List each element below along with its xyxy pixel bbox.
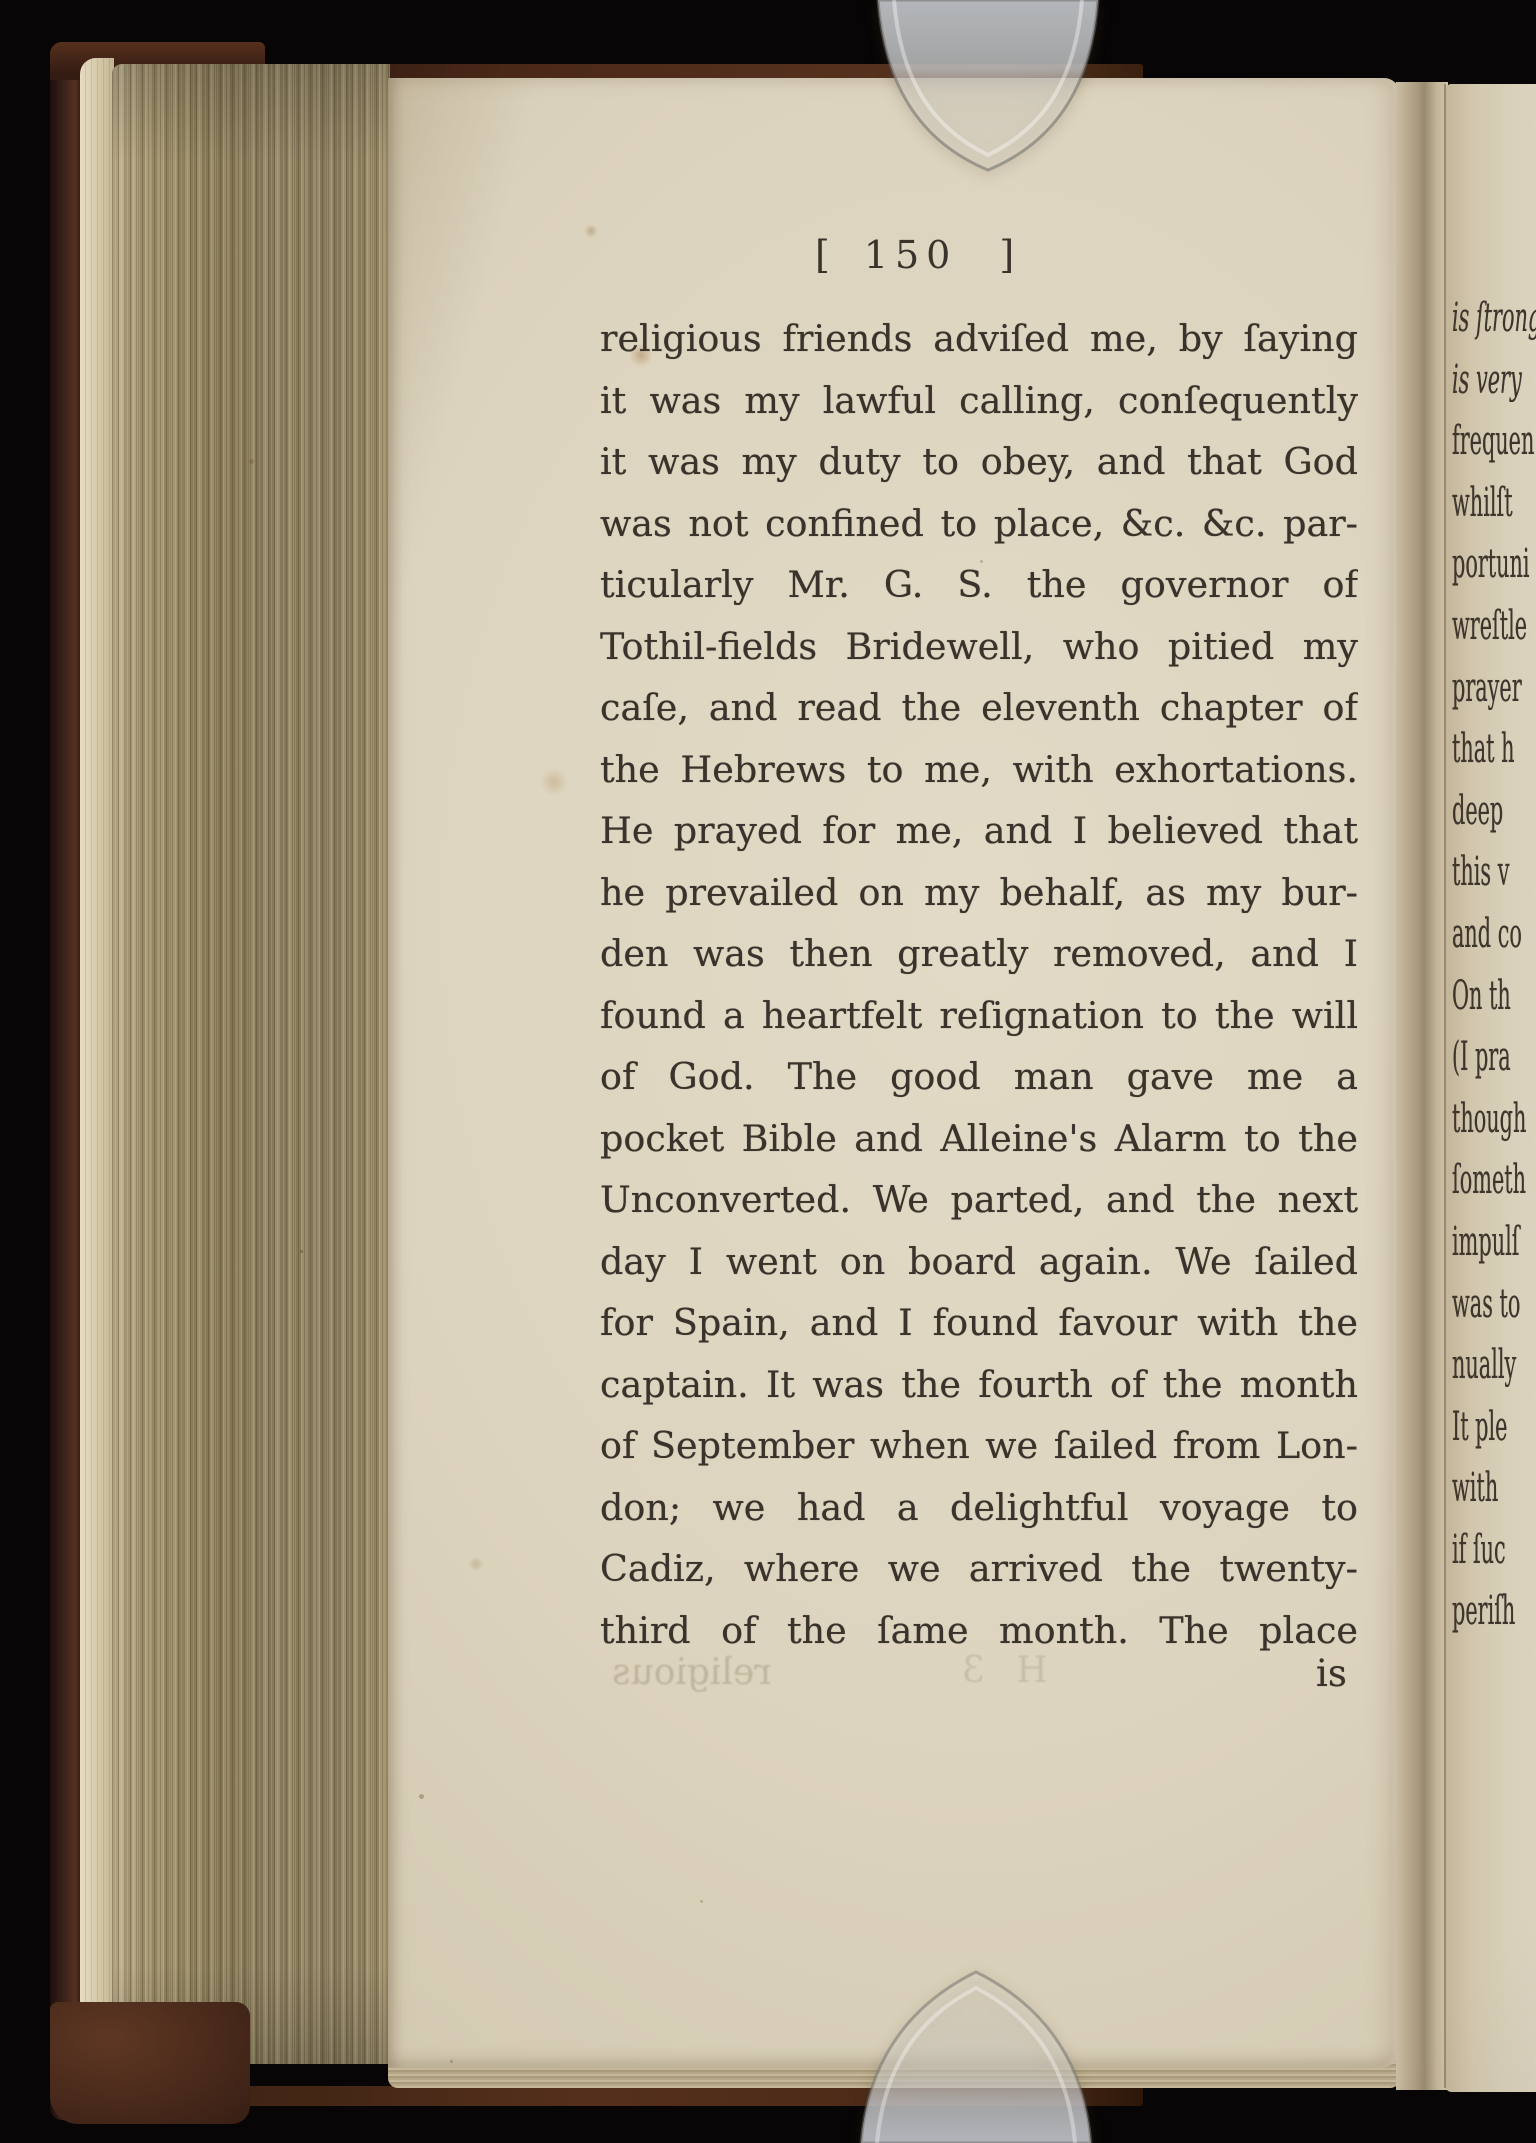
leather-cover-bottom-left xyxy=(50,2002,250,2124)
facing-text-line: that h xyxy=(1452,719,1497,781)
facing-text-line: with xyxy=(1452,1458,1497,1520)
text-line: caſe, and read the eleventh chapter of xyxy=(600,677,1358,739)
catchword: is xyxy=(1316,1652,1347,1695)
facing-text-line: is ſtrong xyxy=(1452,288,1497,350)
text-line: captain. It was the fourth of the month xyxy=(600,1354,1358,1416)
text-line: found a heartfelt reſignation to the wil… xyxy=(600,985,1358,1047)
facing-text-line: impulſ xyxy=(1452,1212,1497,1274)
text-line: don; we had a delightful voyage to xyxy=(600,1477,1358,1539)
page-weight-top xyxy=(852,0,1122,186)
text-line: den was then greatly removed, and I xyxy=(600,923,1358,985)
facing-text-line: though xyxy=(1452,1089,1497,1151)
fore-edge-page-stack xyxy=(112,64,390,2064)
book-photograph: is ſtrongis veryfrequenwhilſtportuniwreſ… xyxy=(0,0,1536,2143)
page-text: religious friends adviſed me, by ſayingi… xyxy=(600,308,1358,1661)
page-weight-bottom xyxy=(845,1958,1107,2143)
text-line: pocket Bible and Alleine's Alarm to the xyxy=(600,1108,1358,1170)
facing-text-line: if ſuc xyxy=(1452,1520,1497,1582)
text-line: it was my lawful calling, conſequently xyxy=(600,370,1358,432)
text-line: Cadiz, where we arrived the twenty- xyxy=(600,1538,1358,1600)
facing-text-line: whilſt xyxy=(1452,473,1497,535)
facing-text-line: It ple xyxy=(1452,1397,1497,1459)
text-line: it was my duty to obey, and that God xyxy=(600,431,1358,493)
leather-cover-left xyxy=(50,42,82,2120)
text-line: He prayed for me, and I believed that xyxy=(600,800,1358,862)
showthrough-signature: H 3 xyxy=(952,1653,1048,1689)
page-number: 150 xyxy=(864,236,958,274)
facing-text-line: portuni xyxy=(1452,534,1497,596)
facing-text-line: nually xyxy=(1452,1335,1497,1397)
facing-text-line: is very xyxy=(1452,350,1497,412)
text-line: Unconverted. We parted, and the next xyxy=(600,1169,1358,1231)
facing-text-line: On th xyxy=(1452,966,1497,1028)
facing-text-line: frequen xyxy=(1452,411,1497,473)
text-line: he prevailed on my behalf, as my bur- xyxy=(600,862,1358,924)
text-line: ticularly Mr. G. S. the governor of xyxy=(600,554,1358,616)
facing-text-line: periſh xyxy=(1452,1581,1497,1643)
facing-text-line: wreſtle xyxy=(1452,596,1497,658)
header-close-bracket: ] xyxy=(999,236,1014,274)
text-line: Tothil-fields Bridewell, who pitied my xyxy=(600,616,1358,678)
facing-text-line: deep xyxy=(1452,781,1497,843)
text-line: the Hebrews to me, with exhortations. xyxy=(600,739,1358,801)
paper-stain xyxy=(540,768,568,796)
text-line: of God. The good man gave me a xyxy=(600,1046,1358,1108)
outer-leaf-edge xyxy=(80,58,114,2066)
right-page-text: is ſtrongis veryfrequenwhilſtportuniwreſ… xyxy=(1452,288,1536,1643)
text-line: of September when we ſailed from Lon- xyxy=(600,1415,1358,1477)
page-header: [ 150 ] xyxy=(600,236,1358,274)
gutter-shadow xyxy=(1396,82,1448,2090)
facing-text-line: was to xyxy=(1452,1274,1497,1336)
text-line: religious friends adviſed me, by ſaying xyxy=(600,308,1358,370)
facing-text-line: ſometh xyxy=(1452,1150,1497,1212)
text-line: day I went on board again. We ſailed xyxy=(600,1231,1358,1293)
facing-text-line: this v xyxy=(1452,842,1497,904)
header-open-bracket: [ xyxy=(815,236,830,274)
paper-specks xyxy=(300,1250,303,1253)
showthrough-word: religious xyxy=(612,1655,771,1691)
text-line: was not confined to place, &c. &c. par- xyxy=(600,493,1358,555)
facing-text-line: and co xyxy=(1452,904,1497,966)
facing-text-line: (I pra xyxy=(1452,1027,1497,1089)
facing-text-line: prayer xyxy=(1452,658,1497,720)
text-line: for Spain, and I found favour with the xyxy=(600,1292,1358,1354)
paper-stain xyxy=(584,224,598,238)
paper-stain xyxy=(468,1556,484,1572)
